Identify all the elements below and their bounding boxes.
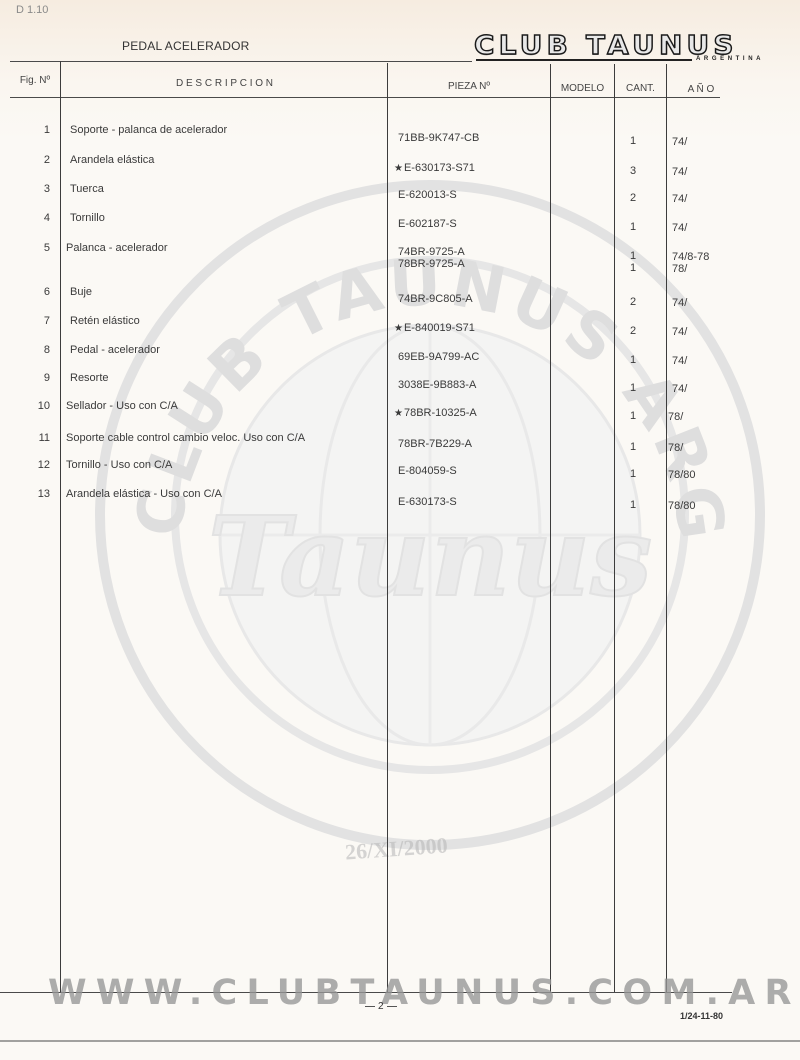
row-part-number: 69EB-9A799-AC	[398, 351, 479, 363]
col-divider-cant	[666, 64, 667, 992]
part-number-text: 78BR-10325-A	[404, 407, 477, 419]
club-taunus-logo: CLUB TAUNUS ARGENTINA	[474, 33, 772, 66]
part-number-text: 78BR-7B229-A	[398, 438, 472, 450]
row-fig-number: 3	[20, 183, 50, 195]
paper-background	[0, 0, 800, 140]
row-part-number: E-804059-S	[398, 465, 457, 477]
header-pieza: PIEZA Nº	[388, 81, 550, 92]
row-quantity: 1	[623, 499, 643, 511]
row-year: 78/	[668, 442, 683, 454]
svg-text:Taunus: Taunus	[208, 492, 652, 621]
part-number-text: E-630173-S	[398, 496, 457, 508]
row-part-number: ★E-840019-S71	[394, 322, 475, 334]
row-year: 74/	[672, 355, 687, 367]
row-year: 78/80	[668, 500, 696, 512]
part-number-text: 3038E-9B883-A	[398, 379, 476, 391]
part-number-text: 74BR-9725-A	[398, 246, 465, 258]
row-part-number: 3038E-9B883-A	[398, 379, 476, 391]
row-quantity: 2	[623, 325, 643, 337]
row-fig-number: 12	[20, 459, 50, 471]
row-quantity: 1	[623, 410, 643, 422]
header-modelo: MODELO	[551, 83, 614, 94]
row-quantity: 1	[623, 468, 643, 480]
row-year: 74/	[672, 136, 687, 148]
header-fig: Fig. Nº	[12, 75, 58, 86]
row-part-number: 71BB-9K747-CB	[398, 132, 479, 144]
part-number-text: E-620013-S	[398, 189, 457, 201]
row-quantity: 1	[623, 221, 643, 233]
row-quantity: 1	[623, 135, 643, 147]
part-number-text: E-804059-S	[398, 465, 457, 477]
row-fig-number: 5	[20, 242, 50, 254]
row-description: Tornillo - Uso con C/A	[66, 459, 172, 471]
row-description: Soporte cable control cambio veloc. Uso …	[66, 432, 305, 444]
row-part-number: E-620013-S	[398, 189, 457, 201]
logo-sub-text: ARGENTINA	[696, 56, 764, 62]
row-fig-number: 2	[20, 154, 50, 166]
paper-edge	[0, 1040, 800, 1042]
url-watermark: WWW.CLUBTAUNUS.COM.AR	[48, 973, 800, 1013]
row-quantity: 1	[623, 354, 643, 366]
row-part-number: ★E-630173-S71	[394, 162, 475, 174]
row-fig-number: 13	[20, 488, 50, 500]
header-descripcion: D E S C R I P C I O N	[62, 78, 387, 89]
row-description: Palanca - acelerador	[66, 242, 168, 254]
row-quantity: 2	[623, 192, 643, 204]
row-quantity: 1	[623, 250, 643, 262]
part-number-text: 69EB-9A799-AC	[398, 351, 479, 363]
part-number-text: 78BR-9725-A	[398, 258, 465, 270]
part-number-text: E-630173-S71	[404, 162, 475, 174]
col-divider-pieza	[550, 64, 551, 992]
document-code: D 1.10	[16, 4, 48, 16]
row-description: Resorte	[70, 372, 109, 384]
part-number-text: 74BR-9C805-A	[398, 293, 473, 305]
row-year: 78/	[672, 263, 687, 275]
row-fig-number: 9	[20, 372, 50, 384]
row-year: 74/	[672, 193, 687, 205]
row-part-number: ★78BR-10325-A	[394, 407, 477, 419]
star-icon: ★	[394, 408, 403, 419]
row-year: 74/	[672, 297, 687, 309]
row-fig-number: 8	[20, 344, 50, 356]
row-fig-number: 6	[20, 286, 50, 298]
row-fig-number: 4	[20, 212, 50, 224]
row-part-number: 78BR-7B229-A	[398, 438, 472, 450]
col-divider-modelo	[614, 64, 615, 992]
row-quantity: 1	[623, 382, 643, 394]
form-code: 1/24-11-80	[680, 1011, 723, 1021]
stamp-date: 26/XI/2000	[344, 832, 448, 865]
row-part-number: E-630173-S	[398, 496, 457, 508]
part-number-text: E-602187-S	[398, 218, 457, 230]
row-part-number: 74BR-9725-A	[398, 246, 465, 258]
row-fig-number: 7	[20, 315, 50, 327]
row-part-number: 78BR-9725-A	[398, 258, 465, 270]
row-part-number: E-602187-S	[398, 218, 457, 230]
row-description: Pedal - acelerador	[70, 344, 160, 356]
row-fig-number: 10	[20, 400, 50, 412]
part-number-text: 71BB-9K747-CB	[398, 132, 479, 144]
row-quantity: 3	[623, 165, 643, 177]
header-ano: A Ñ O	[667, 84, 735, 95]
row-description: Tornillo	[70, 212, 105, 224]
page-number: 2	[362, 1001, 400, 1012]
page-title: PEDAL ACELERADOR	[122, 39, 249, 53]
row-description: Tuerca	[70, 183, 104, 195]
star-icon: ★	[394, 323, 403, 334]
row-description: Sellador - Uso con C/A	[66, 400, 178, 412]
row-description: Arandela elástica - Uso con C/A	[66, 488, 222, 500]
logo-rule	[476, 59, 692, 61]
row-year: 74/	[672, 326, 687, 338]
row-year: 74/	[672, 222, 687, 234]
row-fig-number: 1	[20, 124, 50, 136]
row-quantity: 1	[623, 262, 643, 274]
header-cant: CANT.	[615, 83, 666, 94]
row-quantity: 2	[623, 296, 643, 308]
part-number-text: E-840019-S71	[404, 322, 475, 334]
table-top-rule	[10, 61, 472, 62]
row-description: Soporte - palanca de acelerador	[70, 124, 227, 136]
col-divider-fig	[60, 61, 61, 992]
row-description: Buje	[70, 286, 92, 298]
row-year: 78/80	[668, 469, 696, 481]
row-year: 74/	[672, 383, 687, 395]
club-seal-watermark: CLUB TAUNUS ARGENTINA Taunus	[90, 175, 770, 855]
row-description: Retén elástico	[70, 315, 140, 327]
row-part-number: 74BR-9C805-A	[398, 293, 473, 305]
col-divider-desc	[387, 63, 388, 992]
star-icon: ★	[394, 163, 403, 174]
row-fig-number: 11	[20, 432, 50, 444]
row-year: 74/	[672, 166, 687, 178]
row-quantity: 1	[623, 441, 643, 453]
row-year: 78/	[668, 411, 683, 423]
row-year: 74/8-78	[672, 251, 709, 263]
row-description: Arandela elástica	[70, 154, 154, 166]
